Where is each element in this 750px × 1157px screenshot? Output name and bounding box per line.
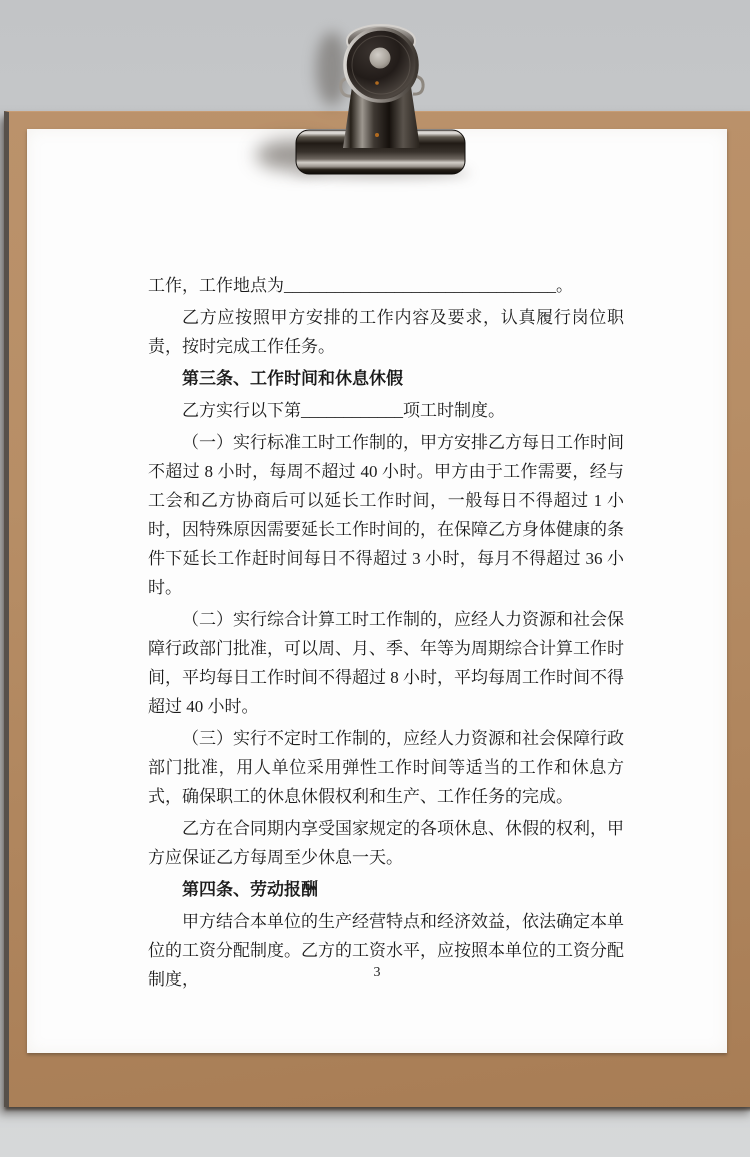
contract-paragraph: （二）实行综合计算工时工作制的，应经人力资源和社会保障行政部门批准，可以周、月、… xyxy=(148,605,624,721)
page-number: 3 xyxy=(27,965,727,981)
contract-paragraph: 乙方应按照甲方安排的工作内容及要求，认真履行岗位职责，按时完成工作任务。 xyxy=(148,303,624,361)
binder-clip-icon xyxy=(270,8,480,178)
contract-paragraph: （三）实行不定时工作制的，应经人力资源和社会保障行政部门批准，用人单位采用弹性工… xyxy=(148,724,624,811)
contract-paragraph: （一）实行标准工时工作制的，甲方安排乙方每日工作时间不超过 8 小时，每周不超过… xyxy=(148,428,624,602)
contract-text: 工作，工作地点为________________________________… xyxy=(148,271,624,997)
photo-scene: 工作，工作地点为________________________________… xyxy=(0,0,750,1157)
heading-article-3: 第三条、工作时间和休息休假 xyxy=(148,364,624,393)
contract-paragraph: 乙方实行以下第____________项工时制度。 xyxy=(148,396,624,425)
heading-article-4: 第四条、劳动报酬 xyxy=(148,875,624,904)
contract-paragraph: 工作，工作地点为________________________________… xyxy=(148,271,624,300)
contract-page: 工作，工作地点为________________________________… xyxy=(27,129,727,1053)
contract-paragraph: 乙方在合同期内享受国家规定的各项休息、休假的权利，甲方应保证乙方每周至少休息一天… xyxy=(148,814,624,872)
